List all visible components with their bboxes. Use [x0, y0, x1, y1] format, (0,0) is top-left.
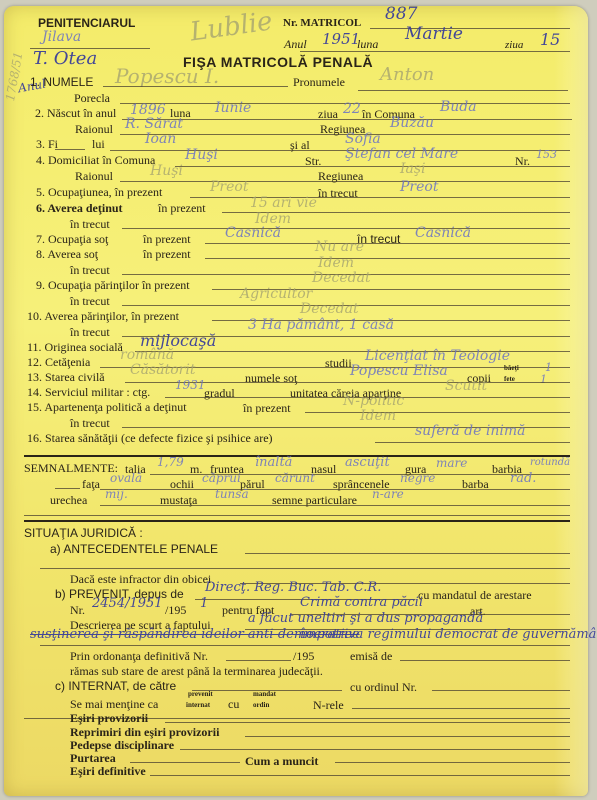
esiri-provizorii-label: Eşiri provizorii	[70, 712, 148, 724]
numele-value: Popescu I.	[115, 66, 219, 86]
internat-small-label: internat	[186, 702, 210, 709]
internat-label: c) INTERNAT, de către	[55, 680, 176, 692]
prevenit-an-value: 1	[200, 597, 208, 610]
nascut-ziua: 22	[343, 102, 361, 116]
nascut-luna: Iunie	[215, 101, 251, 115]
cum-a-muncit-label: Cum a muncit	[245, 755, 318, 767]
str-value: Ştefan cel Mare	[345, 147, 458, 161]
ocupatia-sot-line	[205, 243, 570, 244]
raionul2-line	[120, 181, 570, 182]
talia-value: 1,79	[157, 456, 184, 468]
apartenenta-prezent-label: în prezent	[243, 402, 291, 414]
starea-sanatatii-value: suferă de inimă	[415, 424, 525, 438]
ocupatiunea-label: 5. Ocupaţiunea, în prezent	[36, 186, 162, 198]
raionul2-value: Huşi	[150, 164, 183, 178]
raionul-value: R. Sărat	[125, 117, 183, 131]
starea-sanatatii-label: 16. Starea sănătăţii (ce defecte fizice …	[27, 432, 273, 444]
cetatenia-label: 12. Cetăţenia	[27, 356, 90, 368]
prevenit-an-label: /195	[165, 604, 186, 616]
numele-line	[103, 86, 288, 87]
ordonanta-label: Prin ordonanţa definitivă Nr.	[70, 650, 208, 662]
apartenenta-prezent: N-politic	[343, 394, 404, 408]
ochii-value: căprui	[202, 472, 241, 484]
nrele-label: N-rele	[313, 699, 344, 711]
semne-value: n-are	[372, 488, 404, 500]
barbia-value: rotundă	[530, 458, 570, 468]
porecla-label: Porecla	[74, 92, 110, 104]
luna-label: luna	[357, 38, 378, 50]
luna-value: Martie	[405, 26, 463, 43]
averea-sot-trecut-label: în trecut	[70, 264, 110, 276]
section-divider-bottom	[24, 520, 570, 522]
ocupatia-sot-prezent: Casnică	[225, 226, 281, 240]
averea-parinti-trecut-label: în trecut	[70, 326, 110, 338]
averea-prezent: 15 ari vie	[250, 196, 317, 210]
prevenit-small-label: prevenit	[188, 691, 213, 698]
averea-sot-prezent: Nu are	[315, 240, 364, 254]
reprimiri-label: Reprimiri din eşiri provizorii	[70, 726, 219, 738]
raionul2-label: Raionul	[75, 170, 113, 182]
institution-label: PENITENCIARUL	[38, 17, 135, 29]
ocupatiunea-line	[190, 197, 570, 198]
descriere-line3: împotriva regimului democrat de guvernăm…	[300, 628, 597, 641]
antecedente-line	[245, 553, 570, 554]
averea-trecut-label: în trecut	[70, 218, 110, 230]
nascut-line	[122, 119, 572, 120]
prevenit-nr-label: Nr.	[70, 604, 85, 616]
emisa-line	[400, 660, 570, 661]
esiri-definitive-line	[150, 775, 570, 776]
pronumele-label: Pronumele	[293, 76, 345, 88]
baeti-label: băeţi	[504, 365, 519, 372]
fi-line2	[110, 150, 570, 151]
ordonanta-an-label: /195	[293, 650, 314, 662]
antecedente-label: a) ANTECEDENTELE PENALE	[50, 543, 218, 555]
gura-value: mare	[436, 457, 467, 469]
ordonanta-line	[226, 660, 291, 661]
descriere-rule2	[40, 645, 570, 646]
ocupatia-parinti-label: 9. Ocupaţia părinţilor în prezent	[36, 279, 190, 291]
unitatea-value: Scutit	[445, 379, 487, 393]
fi-lui-label: lui	[92, 138, 105, 150]
ziua-label: ziua	[505, 40, 523, 51]
apartenenta-trecut: Idem	[360, 409, 396, 423]
pedepse-label: Pedepse disciplinare	[70, 739, 174, 751]
ocupatiunea-prezent: Preot	[210, 180, 248, 194]
anul-label: Anul	[284, 38, 307, 50]
situatia-heading: SITUAŢIA JURIDICĂ :	[24, 527, 143, 539]
barba-value: rad.	[510, 472, 536, 485]
averea-trecut-line	[122, 228, 570, 229]
nasul-value: ascuţit	[345, 456, 390, 469]
averea-label: 6. Averea deţinut	[36, 202, 123, 214]
purtarea-line	[130, 762, 240, 763]
ziua-value: 15	[540, 32, 560, 48]
matricol-line	[370, 28, 570, 29]
cetatenia-value: română	[120, 348, 174, 362]
averea-sot-prezent-label: în prezent	[143, 248, 191, 260]
fi-lui-value: Ioan	[145, 132, 176, 146]
semnalmente-line2	[100, 489, 570, 490]
numele-sot-value: Popescu Elisa	[350, 364, 448, 378]
nr-value: 153	[536, 149, 557, 160]
raionul-label: Raionul	[75, 123, 113, 135]
infractor-obicei-label: Dacă este infractor din obicei	[70, 573, 211, 585]
domiciliat-line	[175, 166, 570, 167]
averea-parinti-label: 10. Averea părinţilor, în prezent	[27, 310, 179, 322]
ordin-small-label: ordin	[253, 702, 269, 709]
margin-note-name: T. Otea	[33, 50, 97, 68]
fata-value: ovală	[110, 472, 142, 484]
averea-parinti-prezent: Decedat	[300, 302, 359, 316]
originea-label: 11. Originea socială	[27, 341, 123, 353]
ordinul-line	[432, 690, 570, 691]
matricol-label: Nr. MATRICOL	[283, 18, 361, 29]
averea-sot-line	[205, 258, 570, 259]
regiunea2-value: Iaşi	[400, 162, 426, 176]
numele-label: 1. NUMELE	[30, 76, 93, 88]
prevenit-depus-value: Direcţ. Reg. Buc. Tab. C.R.	[205, 581, 381, 594]
semnalmente-heading: SEMNALMENTE:	[24, 462, 118, 474]
nascut-year: 1896	[130, 103, 166, 117]
mandat-arestare-label: cu mandatul de arestare	[418, 589, 532, 601]
averea-sot-label: 8. Averea soţ	[36, 248, 98, 260]
fata-label: faţa	[82, 478, 100, 490]
mustata-value: tunsă	[215, 488, 249, 500]
apartenenta-trecut-label: în trecut	[70, 417, 110, 429]
starea-civila-label: 13. Starea civilă	[27, 371, 105, 383]
starea-civila-value: Căsătorit	[130, 363, 195, 377]
section-divider-thin	[24, 515, 570, 516]
cu-label: cu	[228, 698, 239, 710]
ocupatia-parinti-prezent: Decedat	[312, 271, 371, 285]
mandat-small-label: mandat	[253, 691, 276, 698]
section-divider-top	[24, 455, 570, 457]
descriere-line1: a făcut uneltiri şi a dus propagandă	[248, 612, 483, 625]
starea-sanatatii-line	[375, 442, 570, 443]
purtarea-label: Purtarea	[70, 752, 116, 764]
apartenenta-line	[305, 412, 570, 413]
ocupatia-parinti-trecut: Agricultor	[240, 287, 312, 301]
date-line	[300, 51, 570, 52]
averea-sot-trecut: Idem	[318, 256, 354, 270]
pentru-fapt-value: Crimă contra păcii	[300, 596, 423, 609]
mentine-label: Se mai menţine ca	[70, 698, 158, 710]
reprimiri-line	[245, 736, 570, 737]
urechea-value: mij.	[105, 488, 128, 500]
institution-value: Jilava	[42, 30, 81, 44]
baeti-value: 1	[545, 362, 552, 373]
antecedente-line2	[40, 568, 570, 569]
nascut-comuna: Buda	[440, 100, 477, 114]
ocupatia-sot-label: 7. Ocupaţia soţ	[36, 233, 108, 245]
semnalmente-line3	[100, 505, 570, 506]
ocupatia-parinti-trecut-label: în trecut	[70, 295, 110, 307]
domiciliat-label: 4. Domiciliat în Comuna	[36, 154, 155, 166]
fete-value: 1	[540, 374, 547, 385]
fi-si-al-value: Sofia	[345, 132, 381, 146]
averea-prezent-label: în prezent	[158, 202, 206, 214]
serviciul-ctg: 1931	[175, 379, 206, 391]
esiri-provizorii-line	[165, 722, 570, 723]
parul-value: cărunt	[275, 472, 315, 484]
apartenenta-label: 15. Apartenenţa politică a deţinut	[27, 401, 187, 413]
ocupatia-sot-prezent-label: în prezent	[143, 233, 191, 245]
sprancenele-value: negre	[400, 472, 435, 484]
nascut-label: 2. Născut în anul	[35, 107, 116, 119]
urechea-label: urechea	[50, 494, 87, 506]
studii-value: Licenţiat în Teologie	[365, 349, 510, 363]
averea-trecut: Idem	[255, 212, 291, 226]
fruntea-value: înaltă	[255, 456, 292, 469]
esiri-definitive-label: Eşiri definitive	[70, 765, 146, 777]
ramas-label: rămas sub stare de arest până la termina…	[70, 665, 323, 677]
nrele-line	[352, 708, 570, 709]
regiunea-value: Buzău	[390, 116, 434, 130]
fi-line	[55, 149, 85, 150]
anul-value: 1951	[322, 32, 360, 47]
pronumele-line	[358, 90, 568, 91]
ordinul-label: cu ordinul Nr.	[350, 681, 417, 693]
emisa-label: emisă de	[350, 650, 392, 662]
averea-parinti-trecut: 3 Ha pământ, 1 casă	[248, 318, 394, 332]
ocupatia-sot-trecut: Casnică	[415, 226, 471, 240]
fata-blank-line	[55, 488, 80, 489]
pronumele-value: Anton	[380, 66, 434, 84]
pedepse-line	[180, 749, 570, 750]
matricol-value: 887	[385, 6, 417, 23]
cum-a-muncit-line	[335, 762, 570, 763]
ocupatiunea-trecut: Preot	[400, 180, 438, 194]
domiciliat-comuna: Huşi	[185, 148, 218, 162]
serviciul-label: 14. Serviciul militar : ctg.	[27, 386, 150, 398]
prevenit-nr-value: 2454/1951	[92, 597, 163, 610]
